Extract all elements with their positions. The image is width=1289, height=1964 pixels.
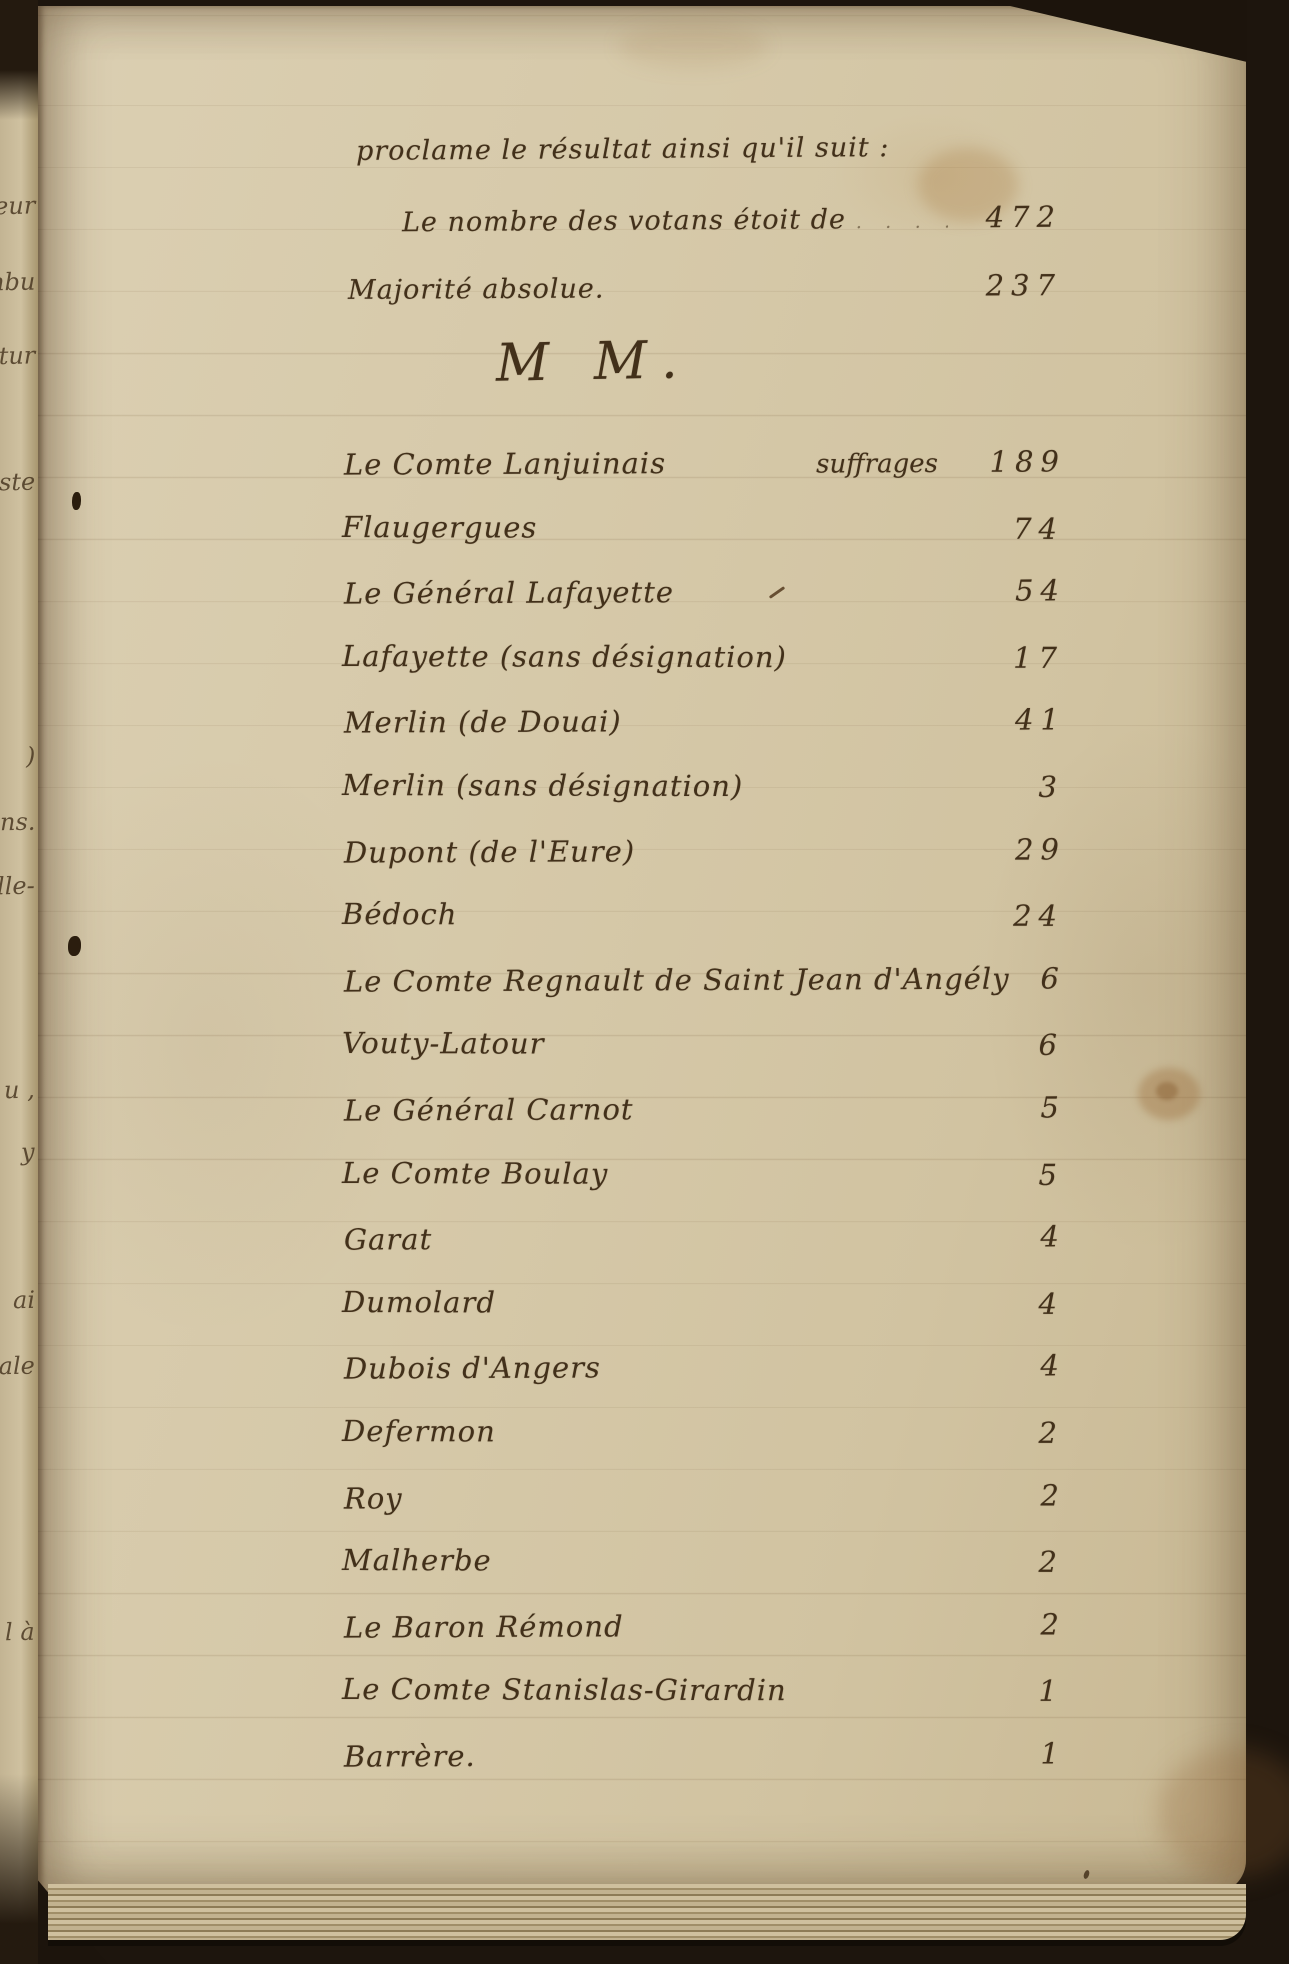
result-row: Dupont (de l'Eure) 29 [344,832,1066,900]
margin-fragment: tale [0,1352,35,1381]
candidate-name: Le Comte Lanjuinais [344,446,816,482]
vote-count: 74 [964,511,1064,545]
result-row: Le Général Lafayette 54 [344,574,1066,642]
paper-stain [1158,1748,1289,1878]
result-row: Defermon 2 [342,1414,1064,1480]
votants-value: 472 [958,200,1062,235]
vote-count: 54 [966,574,1066,608]
candidate-name: Dumolard [342,1285,964,1321]
vote-count: 29 [966,832,1066,866]
candidate-name: Roy [344,1478,966,1515]
results-list: Le Comte Lanjuinais suffrages 189 Flauge… [342,446,1064,1802]
ink-speck [1083,1869,1091,1879]
paper-stain [1138,1068,1200,1120]
candidate-name: Garat [344,1220,966,1257]
margin-fragment: ) [25,742,35,770]
paper-stain [618,24,768,68]
margin-fragment: ste [0,468,35,497]
candidate-name: Flaugergues [342,510,964,546]
vote-count: 5 [966,1090,1066,1124]
vote-count: 3 [964,770,1064,804]
margin-fragment: l à [5,1618,35,1647]
margin-fragment: nbu [0,268,35,297]
binding-notch [68,936,81,956]
candidate-name: Dupont (de l'Eure) [344,832,966,869]
spacer [604,296,958,298]
candidate-name: Bédoch [342,897,964,933]
stacked-pages-edge [48,1884,1246,1940]
vote-count: 6 [1009,961,1066,995]
vote-count: 2 [966,1478,1066,1512]
candidate-name: Le Général Lafayette [344,574,966,611]
vote-count: 6 [964,1028,1064,1062]
manuscript-page: proclame le résultat ainsi qu'il suit : … [38,6,1246,1894]
result-row: Le Baron Rémond 2 [344,1607,1066,1675]
leader-dots: . . . . . . . . . . . . . . [856,211,948,233]
result-row: Merlin (sans désignation) 3 [342,768,1064,834]
result-row: Bédoch 24 [342,897,1064,963]
vote-count: 189 [966,444,1066,478]
votants-label: Le nombre des votans étoit de [402,204,846,238]
margin-fragment: y [21,1138,35,1166]
majority-line: Majorité absolue. 237 [348,268,1062,306]
scanned-manuscript: rieur nbu ertur ste ) ns. lle- u , y ai … [0,0,1289,1964]
result-row: Garat 4 [344,1220,1066,1288]
vote-count: 24 [964,899,1064,933]
margin-fragment: ns. [0,808,35,837]
candidate-name: Le Baron Rémond [344,1608,966,1645]
result-row: Merlin (de Douai) 41 [344,703,1066,771]
intro-line: proclame le résultat ainsi qu'il suit : [356,132,890,167]
result-row: Dumolard 4 [342,1285,1064,1351]
vote-count: 2 [964,1545,1064,1579]
vote-count: 5 [964,1157,1064,1191]
result-row: Vouty-Latour 6 [342,1026,1064,1092]
previous-page-edge: rieur nbu ertur ste ) ns. lle- u , y ai … [0,0,38,1964]
candidate-name: Vouty-Latour [342,1026,964,1062]
result-row: Roy 2 [344,1478,1066,1546]
candidate-name: Le Comte Boulay [342,1156,964,1192]
vote-count: 41 [966,703,1066,737]
majority-label: Majorité absolue. [348,274,605,306]
margin-fragment: ertur [0,341,35,370]
result-row: Le Général Carnot 5 [344,1090,1066,1158]
result-row: Le Comte Regnault de Saint Jean d'Angély… [344,961,1066,1029]
candidate-name: Lafayette (sans désignation) [342,639,964,675]
result-row: Dubois d'Angers 4 [344,1349,1066,1417]
candidate-name: Le Général Carnot [344,1091,966,1128]
result-row: Barrère. 1 [344,1736,1066,1804]
result-row: Le Comte Lanjuinais suffrages 189 [344,444,1066,512]
candidate-name: Barrère. [344,1737,966,1774]
suffrages-label: suffrages [816,449,938,480]
vote-count: 2 [964,1416,1064,1450]
votants-line: Le nombre des votans étoit de . . . . . … [402,200,1062,239]
candidate-name: Le Comte Stanislas-Girardin [342,1672,964,1708]
result-row: Le Comte Stanislas-Girardin 1 [342,1672,1064,1738]
result-row: Flaugergues 74 [342,510,1064,576]
vote-count: 4 [966,1349,1066,1383]
margin-fragment: rieur [0,191,35,220]
vote-count: 17 [964,640,1064,674]
paper-stain [1156,1082,1178,1100]
result-row: Lafayette (sans désignation) 17 [342,639,1064,705]
section-heading: M M. [495,330,692,393]
binding-notch [72,492,81,510]
candidate-name: Malherbe [342,1543,964,1579]
margin-fragment: lle- [0,872,35,901]
vote-count: 1 [964,1674,1064,1708]
vote-count: 4 [966,1220,1066,1254]
candidate-name: Le Comte Regnault de Saint Jean d'Angély [344,961,1010,998]
result-row: Le Comte Boulay 5 [342,1156,1064,1222]
margin-fragment: ai [13,1286,35,1314]
result-row: Malherbe 2 [342,1543,1064,1609]
vote-count: 4 [964,1286,1064,1320]
candidate-name: Merlin (de Douai) [344,703,966,740]
candidate-name: Merlin (sans désignation) [342,768,964,804]
majority-value: 237 [958,268,1062,303]
vote-count: 1 [966,1736,1066,1770]
candidate-name: Defermon [342,1414,964,1450]
vote-count: 2 [966,1607,1066,1641]
candidate-name: Dubois d'Angers [344,1349,966,1386]
margin-fragment: u , [4,1076,35,1105]
